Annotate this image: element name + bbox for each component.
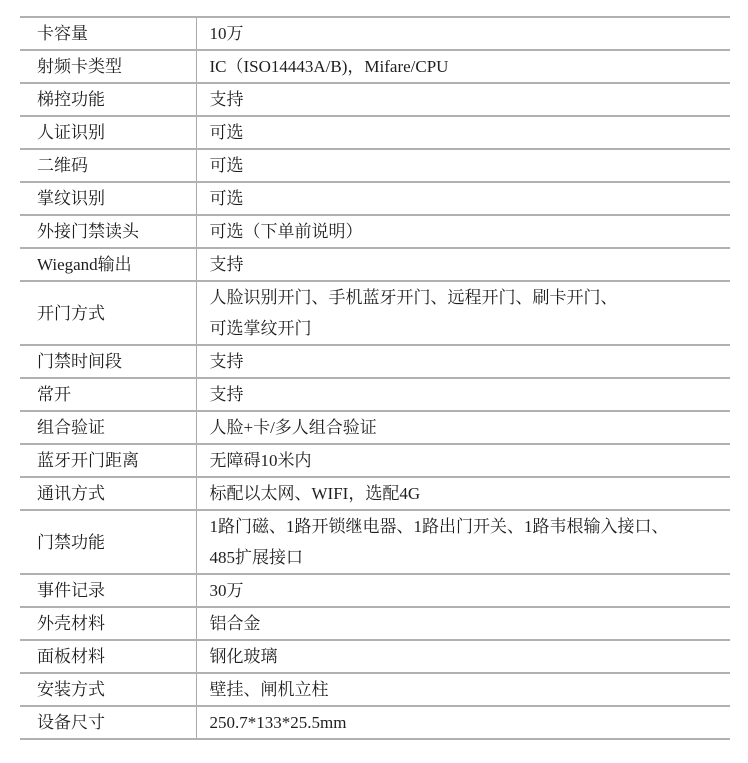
spec-label: 面板材料 <box>20 640 196 673</box>
spec-table-row: 人证识别 可选 <box>20 116 730 149</box>
spec-table-row: 事件记录 30万 <box>20 574 730 607</box>
spec-value: 钢化玻璃 <box>196 640 730 673</box>
spec-table: 卡容量 10万 射频卡类型 IC（ISO14443A/B)，Mifare/CPU… <box>20 16 730 740</box>
spec-value: 30万 <box>196 574 730 607</box>
spec-table-row: 组合验证 人脸+卡/多人组合验证 <box>20 411 730 444</box>
spec-value: 支持 <box>196 248 730 281</box>
spec-value: 人脸识别开门、手机蓝牙开门、远程开门、刷卡开门、 可选掌纹开门 <box>196 281 730 345</box>
spec-value: 250.7*133*25.5mm <box>196 706 730 739</box>
spec-value: 可选 <box>196 116 730 149</box>
spec-label: 外壳材料 <box>20 607 196 640</box>
spec-label: 安装方式 <box>20 673 196 706</box>
spec-value: 壁挂、闸机立柱 <box>196 673 730 706</box>
spec-value: 支持 <box>196 345 730 378</box>
spec-table-row: 设备尺寸 250.7*133*25.5mm <box>20 706 730 739</box>
spec-table-row: 开门方式 人脸识别开门、手机蓝牙开门、远程开门、刷卡开门、 可选掌纹开门 <box>20 281 730 345</box>
spec-table-row: 安装方式 壁挂、闸机立柱 <box>20 673 730 706</box>
spec-table-row: 门禁功能 1路门磁、1路开锁继电器、1路出门开关、1路韦根输入接口、 485扩展… <box>20 510 730 574</box>
spec-label: 人证识别 <box>20 116 196 149</box>
spec-label: 门禁功能 <box>20 510 196 574</box>
spec-table-row: 卡容量 10万 <box>20 17 730 50</box>
spec-label: 蓝牙开门距离 <box>20 444 196 477</box>
spec-value: IC（ISO14443A/B)，Mifare/CPU <box>196 50 730 83</box>
spec-table-row: 射频卡类型 IC（ISO14443A/B)，Mifare/CPU <box>20 50 730 83</box>
spec-label: 门禁时间段 <box>20 345 196 378</box>
spec-label: 设备尺寸 <box>20 706 196 739</box>
spec-value: 可选 <box>196 149 730 182</box>
spec-value: 1路门磁、1路开锁继电器、1路出门开关、1路韦根输入接口、 485扩展接口 <box>196 510 730 574</box>
spec-label: 事件记录 <box>20 574 196 607</box>
spec-value: 人脸+卡/多人组合验证 <box>196 411 730 444</box>
spec-label: 二维码 <box>20 149 196 182</box>
spec-table-body: 卡容量 10万 射频卡类型 IC（ISO14443A/B)，Mifare/CPU… <box>20 17 730 739</box>
spec-label: 组合验证 <box>20 411 196 444</box>
spec-label: 常开 <box>20 378 196 411</box>
spec-value: 无障碍10米内 <box>196 444 730 477</box>
spec-table-row: 掌纹识别 可选 <box>20 182 730 215</box>
spec-table-row: 外壳材料 铝合金 <box>20 607 730 640</box>
spec-label: 开门方式 <box>20 281 196 345</box>
spec-table-row: 面板材料 钢化玻璃 <box>20 640 730 673</box>
spec-label: 射频卡类型 <box>20 50 196 83</box>
spec-value: 支持 <box>196 83 730 116</box>
spec-sheet-page: 卡容量 10万 射频卡类型 IC（ISO14443A/B)，Mifare/CPU… <box>0 0 748 740</box>
spec-label: 卡容量 <box>20 17 196 50</box>
spec-table-row: 外接门禁读头 可选（下单前说明） <box>20 215 730 248</box>
spec-table-row: 梯控功能 支持 <box>20 83 730 116</box>
spec-table-row: 二维码 可选 <box>20 149 730 182</box>
spec-table-row: 门禁时间段 支持 <box>20 345 730 378</box>
spec-label: 梯控功能 <box>20 83 196 116</box>
spec-value: 标配以太网、WIFI，选配4G <box>196 477 730 510</box>
spec-value: 可选（下单前说明） <box>196 215 730 248</box>
spec-value: 可选 <box>196 182 730 215</box>
spec-value: 支持 <box>196 378 730 411</box>
spec-label: Wiegand输出 <box>20 248 196 281</box>
spec-table-row: 通讯方式 标配以太网、WIFI，选配4G <box>20 477 730 510</box>
spec-table-row: 蓝牙开门距离 无障碍10米内 <box>20 444 730 477</box>
spec-table-row: 常开 支持 <box>20 378 730 411</box>
spec-label: 通讯方式 <box>20 477 196 510</box>
spec-label: 外接门禁读头 <box>20 215 196 248</box>
spec-value: 10万 <box>196 17 730 50</box>
spec-table-row: Wiegand输出 支持 <box>20 248 730 281</box>
spec-label: 掌纹识别 <box>20 182 196 215</box>
spec-value: 铝合金 <box>196 607 730 640</box>
